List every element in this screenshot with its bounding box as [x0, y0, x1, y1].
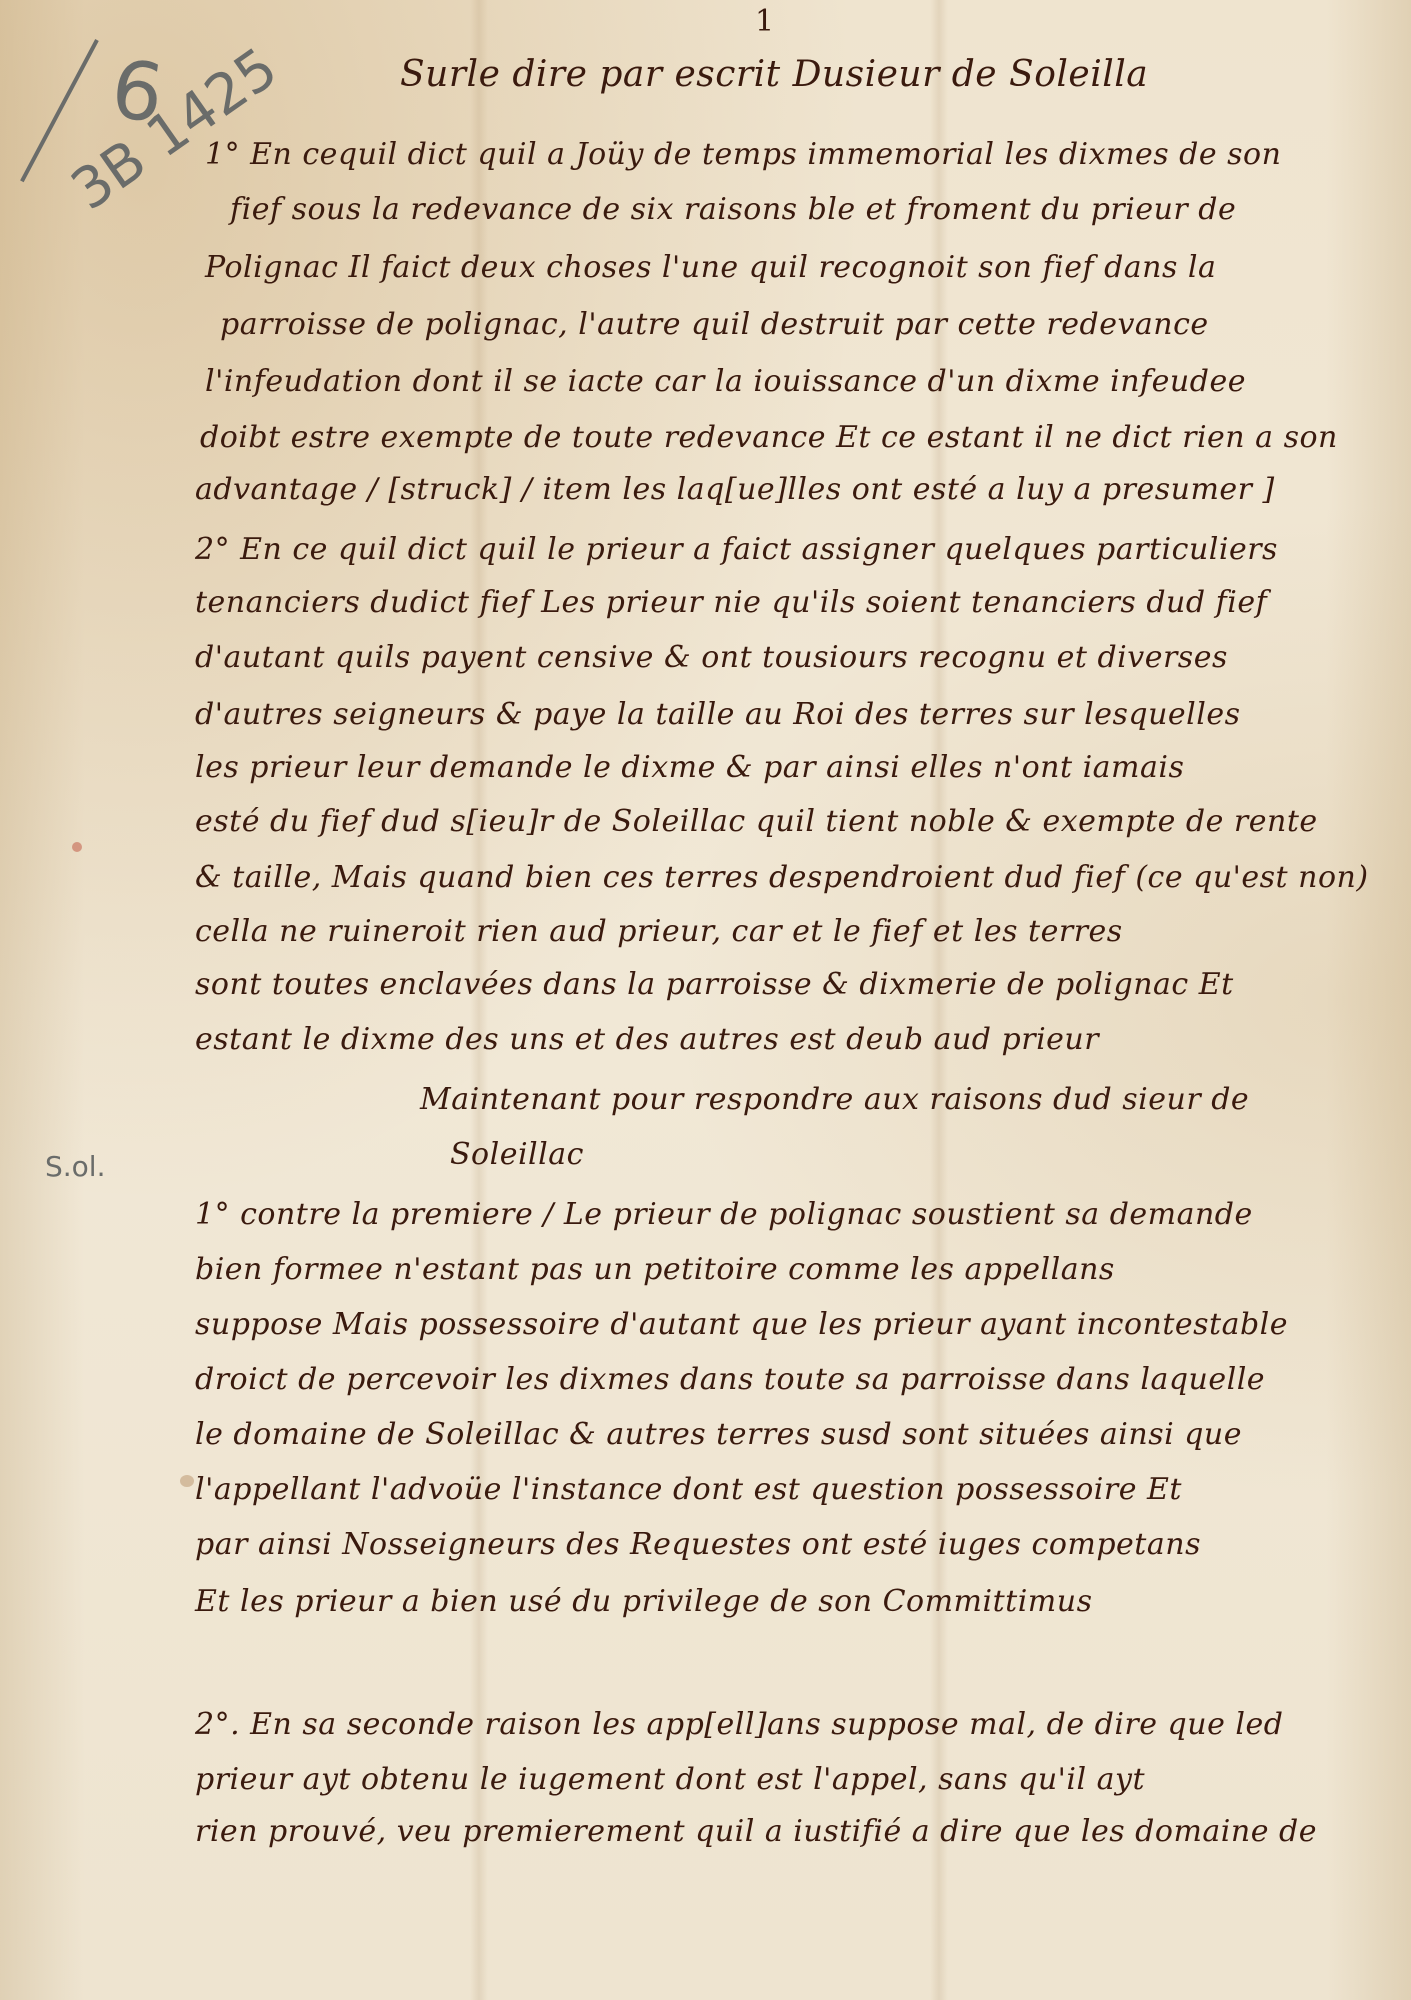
text-line: 2° En ce quil dict quil le prieur a faic… [195, 530, 1278, 570]
text-line: suppose Mais possessoire d'autant que le… [195, 1305, 1288, 1345]
text-line: d'autant quils payent censive & ont tous… [195, 638, 1228, 678]
text-line: le domaine de Soleillac & autres terres … [195, 1415, 1242, 1455]
ink-stain [72, 842, 82, 852]
text-line: estant le dixme des uns et des autres es… [195, 1020, 1099, 1060]
text-line: parroisse de polignac, l'autre quil dest… [220, 305, 1209, 345]
text-line: rien prouvé, veu premierement quil a ius… [195, 1812, 1317, 1852]
text-line: l'infeudation dont il se iacte car la io… [205, 362, 1246, 402]
page-title: Surle dire par escrit Dusieur de Soleill… [400, 55, 1148, 95]
text-line: 2°. En sa seconde raison les app[ell]ans… [195, 1705, 1283, 1745]
text-line: esté du fief dud s[ieu]r de Soleillac qu… [195, 802, 1318, 842]
text-line: d'autres seigneurs & paye la taille au R… [195, 695, 1241, 735]
text-line: doibt estre exempte de toute redevance E… [200, 418, 1338, 458]
section-heading: Maintenant pour respondre aux raisons du… [420, 1080, 1249, 1120]
text-line: bien formee n'estant pas un petitoire co… [195, 1250, 1115, 1290]
text-line: par ainsi Nosseigneurs des Requestes ont… [195, 1525, 1201, 1565]
text-line: prieur ayt obtenu le iugement dont est l… [195, 1760, 1145, 1800]
ink-stain [180, 1475, 194, 1487]
section-heading: Soleillac [450, 1135, 584, 1175]
text-line: & taille, Mais quand bien ces terres des… [195, 858, 1369, 898]
text-line: fief sous la redevance de six raisons bl… [230, 190, 1236, 230]
text-line: Et les prieur a bien usé du privilege de… [195, 1582, 1092, 1622]
text-line: droict de percevoir les dixmes dans tout… [195, 1360, 1265, 1400]
text-line: Polignac Il faict deux choses l'une quil… [205, 248, 1216, 288]
text-line: les prieur leur demande le dixme & par a… [195, 748, 1184, 788]
text-line: tenanciers dudict fief Les prieur nie qu… [195, 583, 1267, 623]
text-line: sont toutes enclavées dans la parroisse … [195, 965, 1234, 1005]
text-line: l'appellant l'advoüe l'instance dont est… [195, 1470, 1182, 1510]
text-line: 1° contre la premiere / Le prieur de pol… [195, 1195, 1253, 1235]
text-line: cella ne ruineroit rien aud prieur, car … [195, 912, 1123, 952]
side-note-annotation: S.ol. [45, 1150, 105, 1183]
text-line: 1° En cequil dict quil a Joüy de temps i… [205, 135, 1281, 175]
text-line: advantage / [struck] / item les laq[ue]l… [195, 470, 1275, 510]
folio-mark: 1 [755, 2, 775, 42]
